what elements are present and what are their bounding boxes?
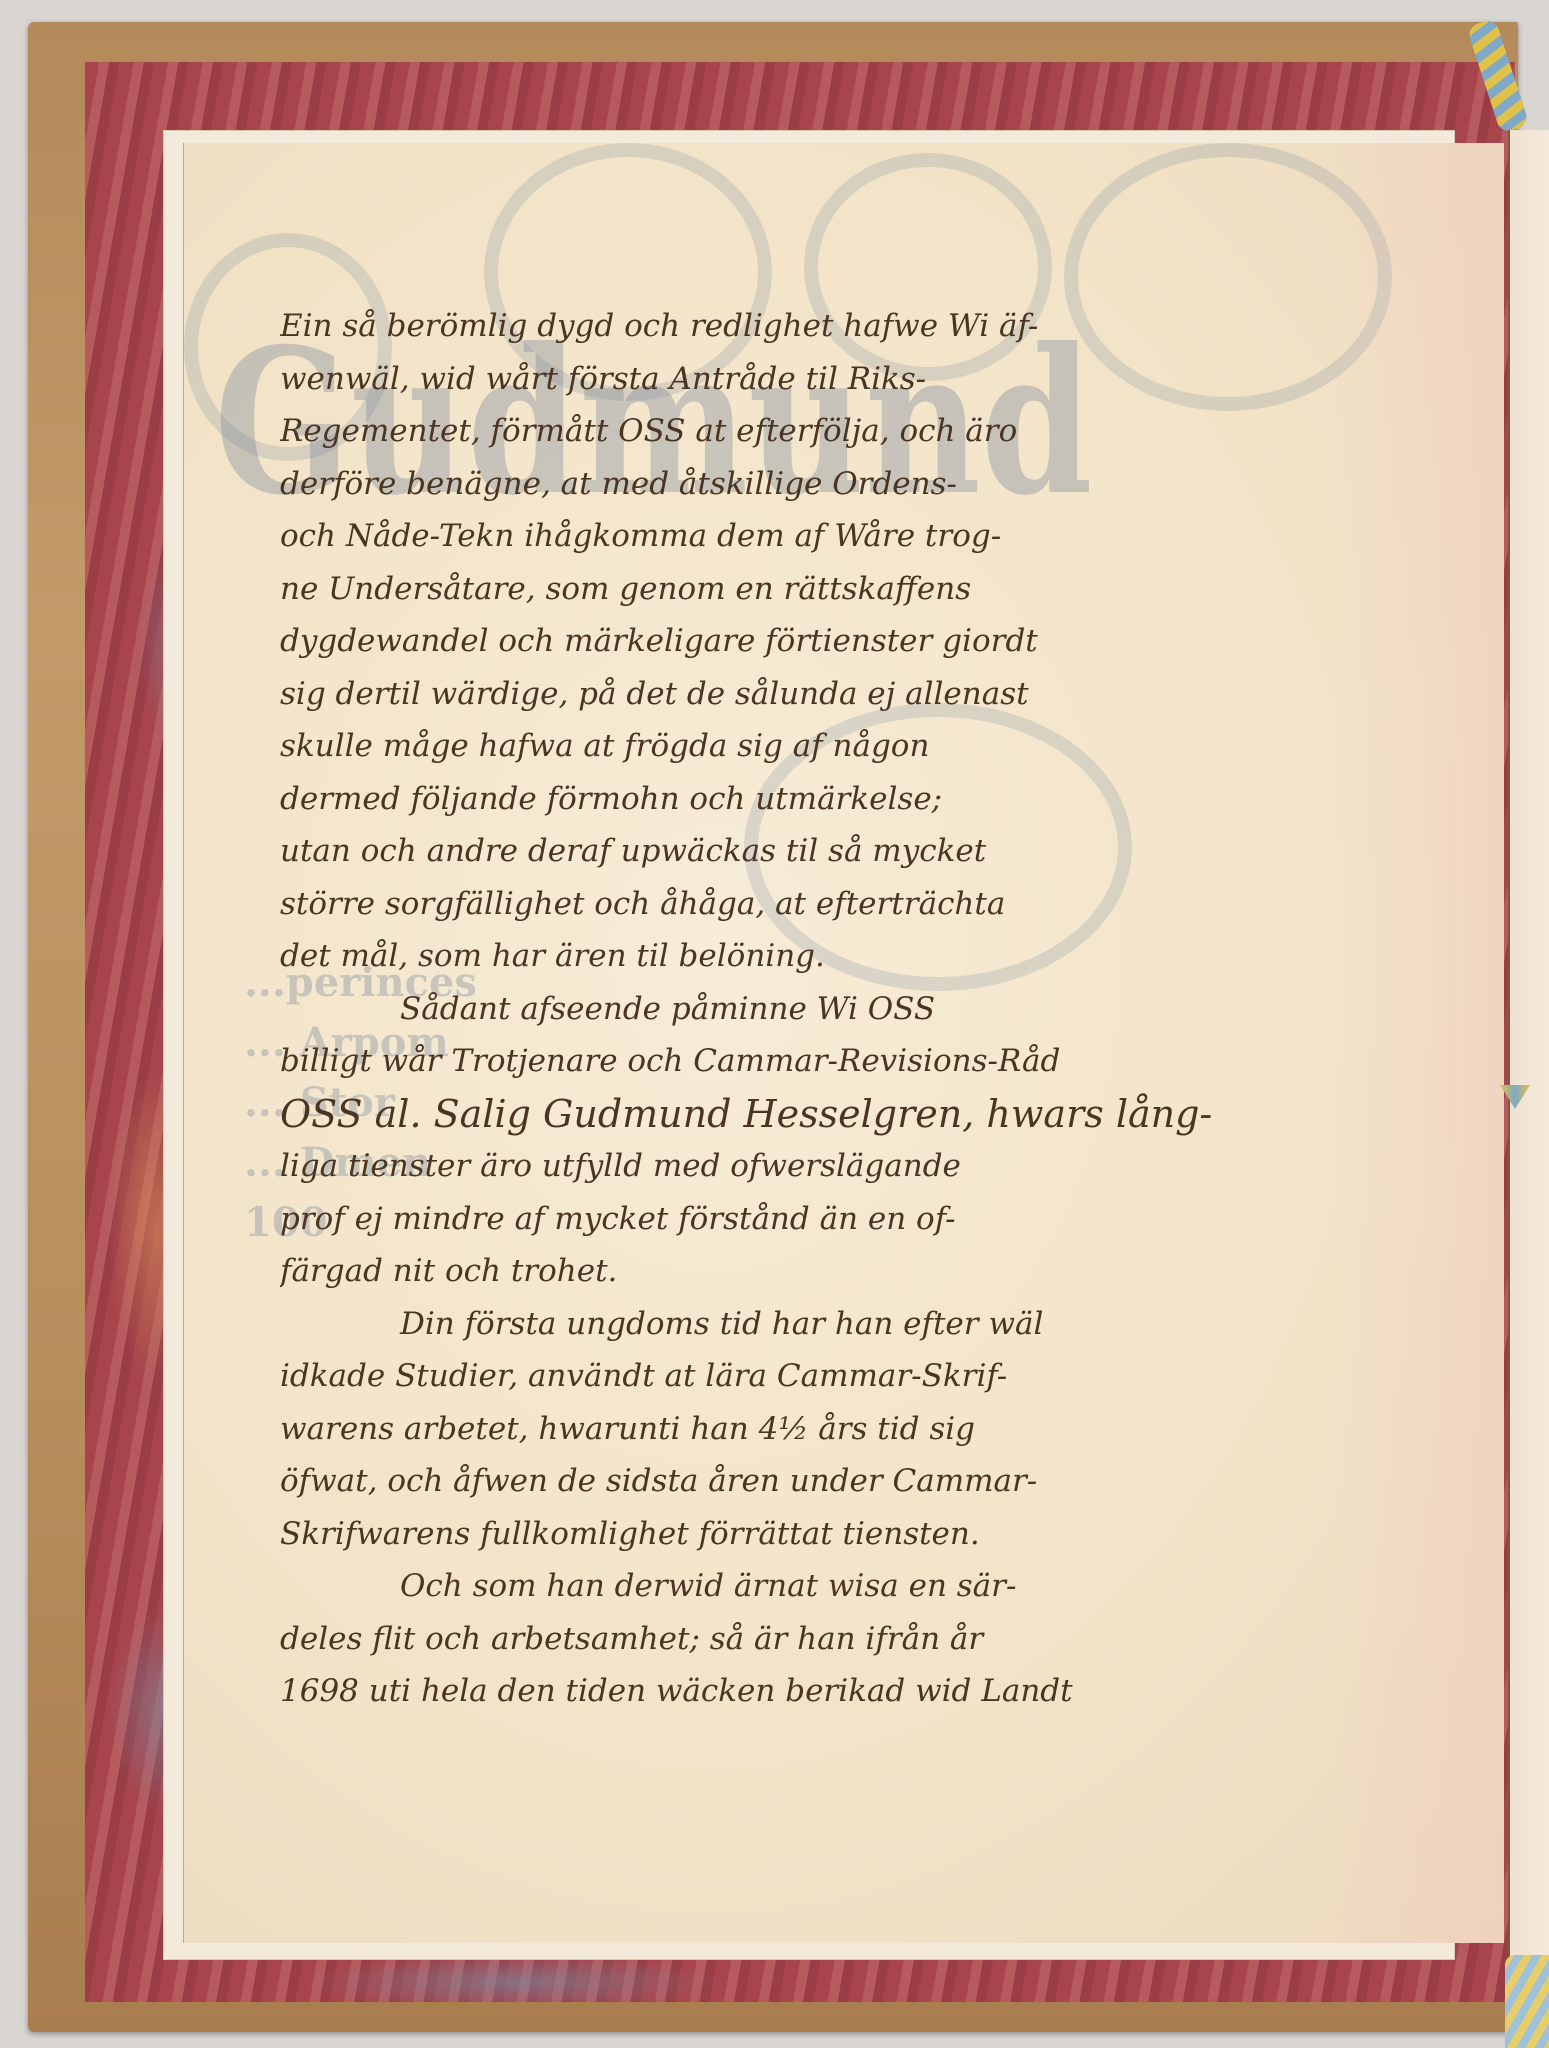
text-line: dygdewandel och märkeligare förtienster … bbox=[280, 615, 1310, 668]
binding-tassel bbox=[1505, 1955, 1549, 2048]
text-line: deles flit och arbetsamhet; så är han if… bbox=[280, 1613, 1310, 1666]
paragraph-start-line: Och som han derwid ärnat wisa en sär- bbox=[280, 1560, 1310, 1613]
text-line: prof ej mindre af mycket förstånd än en … bbox=[280, 1193, 1310, 1246]
text-line: skulle måge hafwa at frögda sig af någon bbox=[280, 720, 1310, 773]
text-line: och Nåde-Tekn ihågkomma dem af Wåre trog… bbox=[280, 510, 1310, 563]
text-line: större sorgfällighet och åhåga, at efter… bbox=[280, 878, 1310, 931]
text-line: derföre benägne, at med åtskillige Orden… bbox=[280, 458, 1310, 511]
text-line: warens arbetet, hwarunti han 4½ års tid … bbox=[280, 1403, 1310, 1456]
text-line: Regementet, förmått OSS at efterfölja, o… bbox=[280, 405, 1310, 458]
text-line: billigt wår Trotjenare och Cammar-Revisi… bbox=[280, 1035, 1310, 1088]
text-line: ne Undersåtare, som genom en rättskaffen… bbox=[280, 563, 1310, 616]
text-line: Ein så berömlig dygd och redlighet hafwe… bbox=[280, 300, 1310, 353]
text-line: idkade Studier, användt at lära Cammar-S… bbox=[280, 1350, 1310, 1403]
text-line: det mål, som har ären til belöning. bbox=[280, 930, 1310, 983]
text-line: liga tienster äro utfylld med ofwersläga… bbox=[280, 1140, 1310, 1193]
text-line: dermed följande förmohn och utmärkelse; bbox=[280, 773, 1310, 826]
text-line-with-name: OSS al. Salig Gudmund Hesselgren, hwars … bbox=[280, 1088, 1310, 1141]
paragraph-start-line: Sådant afseende påminne Wi OSS bbox=[280, 983, 1310, 1036]
paragraph-start-line: Din första ungdoms tid har han efter wäl bbox=[280, 1298, 1310, 1351]
text-line: wenwäl, wid wårt första Antråde til Riks… bbox=[280, 353, 1310, 406]
text-line: utan och andre deraf upwäckas til så myc… bbox=[280, 825, 1310, 878]
text-line: Skrifwarens fullkomlighet förrättat tien… bbox=[280, 1508, 1310, 1561]
text-line: sig dertil wärdige, på det de sålunda ej… bbox=[280, 668, 1310, 721]
facing-page-edge bbox=[1508, 130, 1549, 1990]
text-line: öfwat, och åfwen de sidsta åren under Ca… bbox=[280, 1455, 1310, 1508]
handwritten-text-block: Ein så berömlig dygd och redlighet hafwe… bbox=[280, 300, 1310, 1718]
text-line: 1698 uti hela den tiden wäcken berikad w… bbox=[280, 1665, 1310, 1718]
text-line: färgad nit och trohet. bbox=[280, 1245, 1310, 1298]
